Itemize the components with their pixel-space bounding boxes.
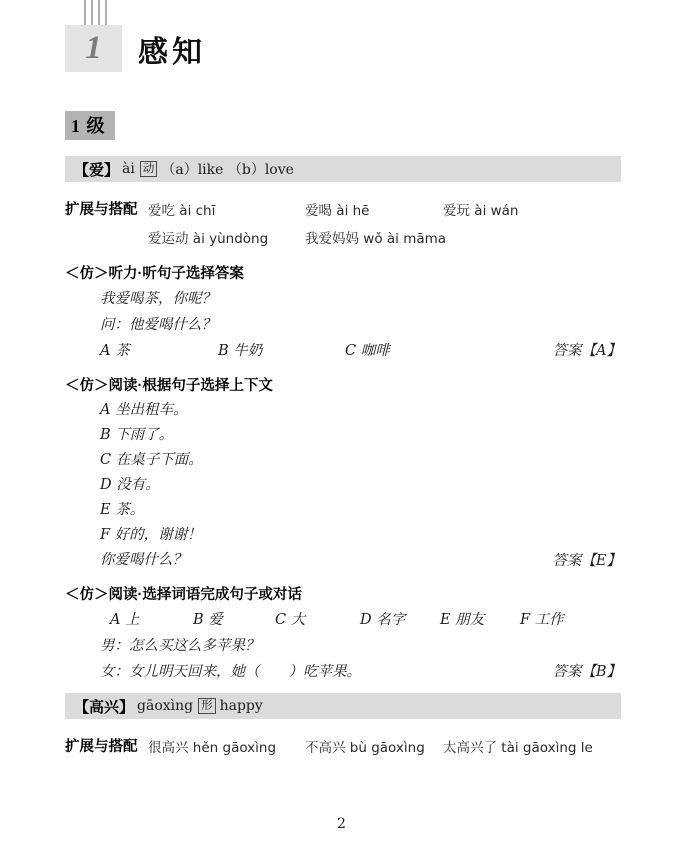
binding-marks [84,0,107,26]
option-line: F 好的，谢谢！ [65,521,621,546]
chapter-header: 1 感知 [65,25,206,72]
collocation: 爱运动 ài yùndòng [148,227,268,247]
word-options-row: A 上 B 爱 C 大 D 名字 E 朋友 F 工作 [65,605,621,631]
exercise-line: 我爱喝茶，你呢？ [65,284,621,310]
binding-line [98,0,100,26]
expand-label: 扩展与搭配 [65,198,138,219]
choice-c: C 咖啡 [345,339,390,360]
english-gloss: happy [220,698,263,714]
headword: 【高兴】 [74,696,134,717]
page-number: 2 [0,816,683,832]
collocation: 不高兴 bù gāoxìng [305,736,425,756]
headword-pinyin: gāoxìng [137,698,193,714]
headword: 【爱】 [74,159,119,180]
exercise-heading-reading-context: ＜仿＞阅读·根据句子选择上下文 [65,374,621,396]
binding-line [105,0,107,26]
option-d: D 没有。 [100,473,160,494]
headword-pinyin: ài [122,161,135,177]
dialogue-male: 男：怎么买这么多苹果？ [100,634,260,655]
prompt-line: 你爱喝什么？ 答案【E】 [65,546,621,571]
page-content: 【爱】 ài 动 （a）like （b）love 扩展与搭配 爱吃 ài chī… [65,156,621,759]
english-gloss: （a）like （b）love [161,159,294,179]
chapter-number: 1 [65,25,122,72]
entry-headword-bar-ai: 【爱】 ài 动 （a）like （b）love [65,156,621,182]
option-a: A 坐出租车。 [100,398,188,419]
collocation: 爱吃 ài chī [148,199,215,219]
level-badge: 1 级 [65,111,115,140]
option-f: F 好的，谢谢！ [100,523,202,544]
option-line: B 下雨了。 [65,421,621,446]
option-line: C 在桌子下面。 [65,446,621,471]
chapter-title: 感知 [138,27,206,71]
part-of-speech-tag: 形 [198,698,216,714]
word-option-c: C 大 [275,608,305,629]
listening-sentence: 我爱喝茶，你呢？ [100,287,216,308]
option-line: E 茶。 [65,496,621,521]
dialogue-line: 女：女儿明天回来，她（ ）吃苹果。 答案【B】 [65,657,621,683]
choices-row: A 茶 B 牛奶 C 咖啡 答案【A】 [65,336,621,362]
collocation: 太高兴了 tài gāoxìng le [443,736,593,756]
option-e: E 茶。 [100,498,144,519]
word-option-e: E 朋友 [440,608,484,629]
binding-line [91,0,93,26]
word-option-a: A 上 [110,608,140,629]
collocations-row: 扩展与搭配 爱吃 ài chī 爱喝 ài hē 爱玩 ài wán [65,194,621,222]
part-of-speech-tag: 动 [140,161,158,177]
expand-label: 扩展与搭配 [65,735,138,756]
exercise-heading-listening: ＜仿＞听力·听句子选择答案 [65,262,621,284]
option-c: C 在桌子下面。 [100,448,203,469]
option-line: A 坐出租车。 [65,396,621,421]
exercise-line: 问：他爱喝什么？ [65,310,621,336]
collocations-row: 扩展与搭配 很高兴 hěn gāoxìng 不高兴 bù gāoxìng 太高兴… [65,731,621,759]
dialogue-line: 男：怎么买这么多苹果？ [65,631,621,657]
answer-marker: 答案【E】 [552,549,621,570]
entry-headword-bar-gaoxing: 【高兴】 gāoxìng 形 happy [65,693,621,719]
exercise-heading-reading-words: ＜仿＞阅读·选择词语完成句子或对话 [65,583,621,605]
collocation: 爱玩 ài wán [443,199,518,219]
word-option-d: D 名字 [360,608,405,629]
dialogue-female: 女：女儿明天回来，她（ ）吃苹果。 [100,660,361,681]
binding-line [84,0,86,26]
collocations-row: 爱运动 ài yùndòng 我爱妈妈 wǒ ài māma [65,222,621,250]
option-line: D 没有。 [65,471,621,496]
listening-question: 问：他爱喝什么？ [100,313,216,334]
answer-marker: 答案【A】 [553,339,621,360]
collocation: 我爱妈妈 wǒ ài māma [305,227,446,247]
reading-prompt: 你爱喝什么？ [100,548,187,569]
word-option-f: F 工作 [520,608,564,629]
choice-a: A 茶 [100,339,130,360]
collocation: 爱喝 ài hē [305,199,369,219]
answer-marker: 答案【B】 [552,660,621,681]
collocation: 很高兴 hěn gāoxìng [148,736,276,756]
choice-b: B 牛奶 [218,339,262,360]
option-b: B 下雨了。 [100,423,173,444]
word-option-b: B 爱 [193,608,223,629]
